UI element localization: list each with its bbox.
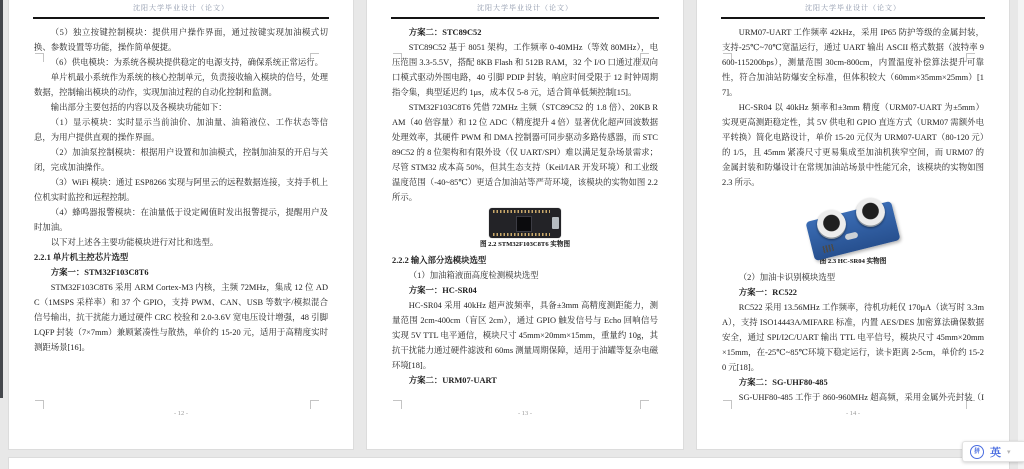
page-header-title: 沈阳大学毕业设计（论文） xyxy=(367,3,683,13)
paragraph: 输出部分主要包括的内容以及各模块功能如下： xyxy=(34,100,328,115)
paragraph: SG-UHF80-485 工作于 860-960MHz 超高频，采用金属外壳封装… xyxy=(722,390,984,403)
page-body[interactable]: URM07-UART 工作频率 42kHz，采用 IP65 防护等级的金属封装，… xyxy=(722,25,984,403)
option-heading: 方案二：URM07-UART xyxy=(392,373,658,388)
page-body[interactable]: 方案二：STC89C52STC89C52 基于 8051 架构，工作频率 0-4… xyxy=(392,25,658,403)
pinyin-input-icon[interactable]: 拼 xyxy=(970,445,984,459)
page-13[interactable]: 沈阳大学毕业设计（论文） 方案二：STC89C52STC89C52 基于 805… xyxy=(366,0,684,450)
ime-toolbar[interactable]: 拼 英 ▾ xyxy=(962,441,1024,462)
section-heading: 2.2.1 单片机主控芯片选型 xyxy=(34,250,328,265)
option-heading: 方案二：SG-UHF80-485 xyxy=(722,375,984,390)
paragraph: HC-SR04 以 40kHz 频率和±3mm 精度（URM07-UART 为±… xyxy=(722,100,984,190)
next-page-row[interactable] xyxy=(8,457,1010,469)
paragraph: 以下对上述各主要功能模块进行对比和选型。 xyxy=(34,235,328,250)
window-edge xyxy=(0,0,3,398)
page-number: - 12 - xyxy=(9,410,353,417)
paragraph: （6）供电模块：为系统各模块提供稳定的电源支持，确保系统正常运行。 xyxy=(34,55,328,70)
hcsr04-transducer xyxy=(817,210,846,239)
document-viewer: 沈阳大学毕业设计（论文） （5）独立按键控制模块：提供用户操作界面，通过按键实现… xyxy=(0,0,1024,469)
option-heading: 方案一：RC522 xyxy=(722,285,984,300)
paragraph: RC522 采用 13.56MHz 工作频率，待机功耗仅 170μA（读写时 3… xyxy=(722,300,984,375)
page-header-rule xyxy=(391,17,659,19)
section-heading: 2.2.2 输入部分选模块选型 xyxy=(392,253,658,268)
hcsr04-sensor-photo xyxy=(793,193,913,255)
scrollbar[interactable] xyxy=(1018,0,1024,469)
paragraph: （2）加油泵控制模块：根据用户设置和加油模式，控制加油泵的开启与关闭，完成加油操… xyxy=(34,145,328,175)
page-14[interactable]: 沈阳大学毕业设计（论文） URM07-UART 工作频率 42kHz，采用 IP… xyxy=(696,0,1010,450)
page-header-title: 沈阳大学毕业设计（论文） xyxy=(9,3,353,13)
paragraph: 单片机最小系统作为系统的核心控制单元，负责接收输入模块的信号，处理数据，控制输出… xyxy=(34,70,328,100)
page-body[interactable]: （5）独立按键控制模块：提供用户操作界面，通过按键实现加油模式切换、参数设置等功… xyxy=(34,25,328,403)
paragraph: （1）加油箱液面高度检测模块选型 xyxy=(392,268,658,283)
option-heading: 方案一：STM32F103C8T6 xyxy=(34,265,328,280)
page-12[interactable]: 沈阳大学毕业设计（论文） （5）独立按键控制模块：提供用户操作界面，通过按键实现… xyxy=(8,0,354,450)
chevron-down-icon[interactable]: ▾ xyxy=(1007,448,1011,456)
stm32-pin-row xyxy=(493,210,550,213)
page-header-rule xyxy=(721,17,985,19)
paragraph: STC89C52 基于 8051 架构，工作频率 0-40MHz（等效 80MH… xyxy=(392,40,658,100)
paragraph: （3）WiFi 模块：通过 ESP8266 实现与阿里云的远程数据连接，支持手机… xyxy=(34,175,328,205)
page-number: - 14 - xyxy=(697,410,1009,417)
stm32-board-photo xyxy=(489,208,561,238)
page-header-title: 沈阳大学毕业设计（论文） xyxy=(697,3,1009,13)
paragraph: （1）显示模块：实时显示当前油价、加油量、油箱液位、工作状态等信息，为用户提供直… xyxy=(34,115,328,145)
paragraph: HC-SR04 采用 40kHz 超声波频率，具备±3mm 高精度测距能力，测量… xyxy=(392,298,658,373)
stm32-chip xyxy=(516,216,532,232)
stm32-pin-row xyxy=(493,233,550,236)
page-number: - 13 - xyxy=(367,410,683,417)
stm32-usb-connector xyxy=(552,217,559,229)
paragraph: STM32F103C8T6 采用 ARM Cortex-M3 内核，主频 72M… xyxy=(34,280,328,355)
option-heading: 方案一：HC-SR04 xyxy=(392,283,658,298)
option-heading: 方案二：STC89C52 xyxy=(392,25,658,40)
page-header-rule xyxy=(33,17,329,19)
figure-caption: 图 2.3 HC-SR04 实物图 xyxy=(722,257,984,267)
figure-caption: 图 2.2 STM32F103C8T6 实物图 xyxy=(392,240,658,250)
paragraph: （5）独立按键控制模块：提供用户操作界面，通过按键实现加油模式切换、参数设置等功… xyxy=(34,25,328,55)
paragraph: （2）加油卡识别模块选型 xyxy=(722,270,984,285)
paragraph: STM32F103C8T6 凭借 72MHz 主频（STC89C52 的 1.8… xyxy=(392,100,658,205)
paragraph: （4）蜂鸣器报警模块：在油量低于设定阈值时发出报警提示，提醒用户及时加油。 xyxy=(34,205,328,235)
hcsr04-transducer xyxy=(856,198,885,227)
paragraph: URM07-UART 工作频率 42kHz，采用 IP65 防护等级的金属封装，… xyxy=(722,25,984,100)
ime-mode-label[interactable]: 英 xyxy=(990,444,1001,460)
